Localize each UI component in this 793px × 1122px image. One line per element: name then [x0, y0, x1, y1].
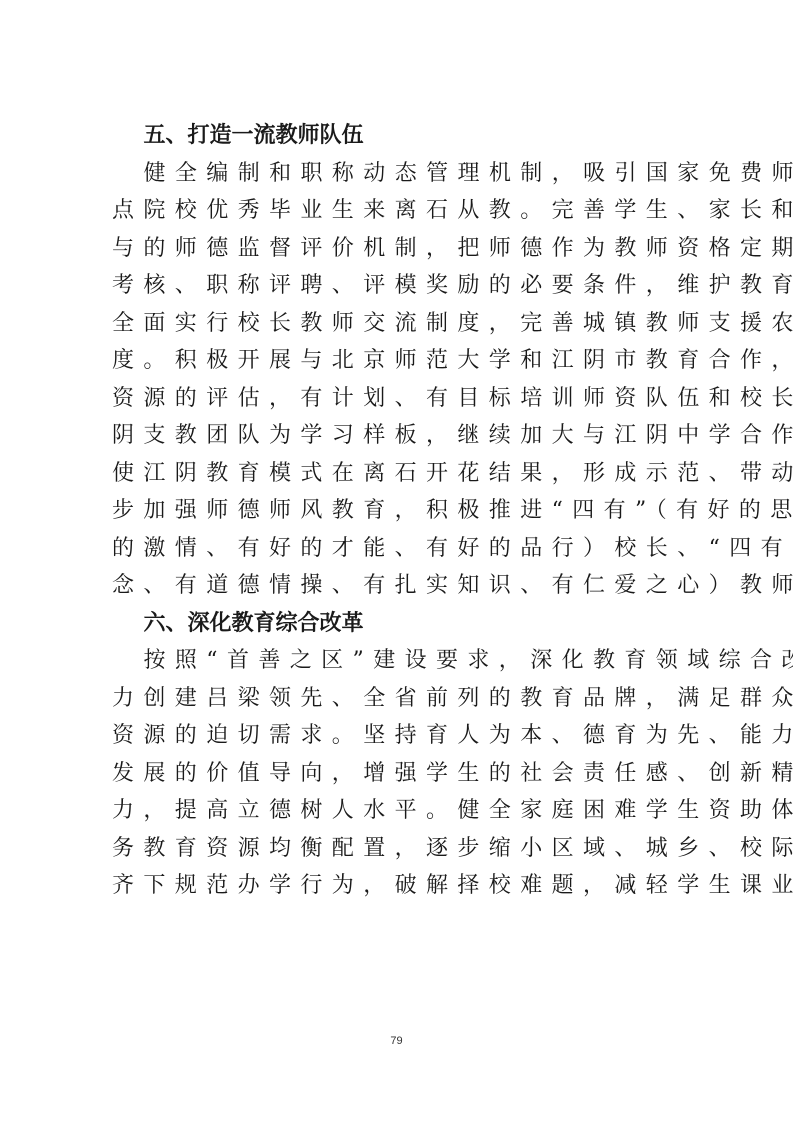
page-number: 79 [0, 1035, 793, 1047]
paragraph-line: 使江阴教育模式在离石开花结果，形成示范、带动效应。进一 [112, 455, 682, 493]
paragraph-line: 度。积极开展与北京师范大学和江阴市教育合作，加强对教育 [112, 342, 682, 380]
paragraph-line: 力创建吕梁领先、全省前列的教育品牌，满足群众对优质教育 [112, 680, 682, 718]
paragraph-line: 力，提高立德树人水平。健全家庭困难学生资助体系，统筹义 [112, 792, 682, 830]
paragraph-line: 务教育资源均衡配置，逐步缩小区域、城乡、校际差距。多管 [112, 830, 682, 868]
paragraph-line: 全面实行校长教师交流制度，完善城镇教师支援农村教育制 [112, 305, 682, 343]
paragraph-line: 与的师德监督评价机制，把师德作为教师资格定期注册、业绩 [112, 230, 682, 268]
paragraph-line: 阴支教团队为学习样板，继续加大与江阴中学合作办学力度， [112, 417, 682, 455]
paragraph-line: 发展的价值导向，增强学生的社会责任感、创新精神、实践能 [112, 755, 682, 793]
paragraph-line: 点院校优秀毕业生来离石从教。完善学生、家长和社会共同参 [112, 192, 682, 230]
document-body: 五、打造一流教师队伍 健全编制和职称动态管理机制，吸引国家免费师范生、重 点院校… [112, 117, 682, 905]
paragraph-line: 步加强师德师风教育，积极推进“四有”（有好的思想、有好 [112, 492, 682, 530]
paragraph-line: 念、有道德情操、有扎实知识、有仁爱之心）教师队伍建设。 [112, 567, 682, 605]
paragraph-line: 考核、职称评聘、评模奖励的必要条件，维护教育良好形象。 [112, 267, 682, 305]
section-heading-teachers: 五、打造一流教师队伍 [112, 117, 682, 155]
section-heading-reform: 六、深化教育综合改革 [112, 605, 682, 643]
paragraph-line: 按照“首善之区”建设要求，深化教育领域综合改革，努 [112, 642, 682, 680]
paragraph-line: 资源的评估，有计划、有目标培训师资队伍和校长队伍。以江 [112, 380, 682, 418]
paragraph-line: 的激情、有好的才能、有好的品行）校长、“四有”（有理想信 [112, 530, 682, 568]
paragraph-line: 齐下规范办学行为，破解择校难题，减轻学生课业负担。认真 [112, 867, 682, 905]
paragraph-line: 资源的迫切需求。坚持育人为本、德育为先、能力为重、全面 [112, 717, 682, 755]
paragraph-line: 健全编制和职称动态管理机制，吸引国家免费师范生、重 [112, 155, 682, 193]
